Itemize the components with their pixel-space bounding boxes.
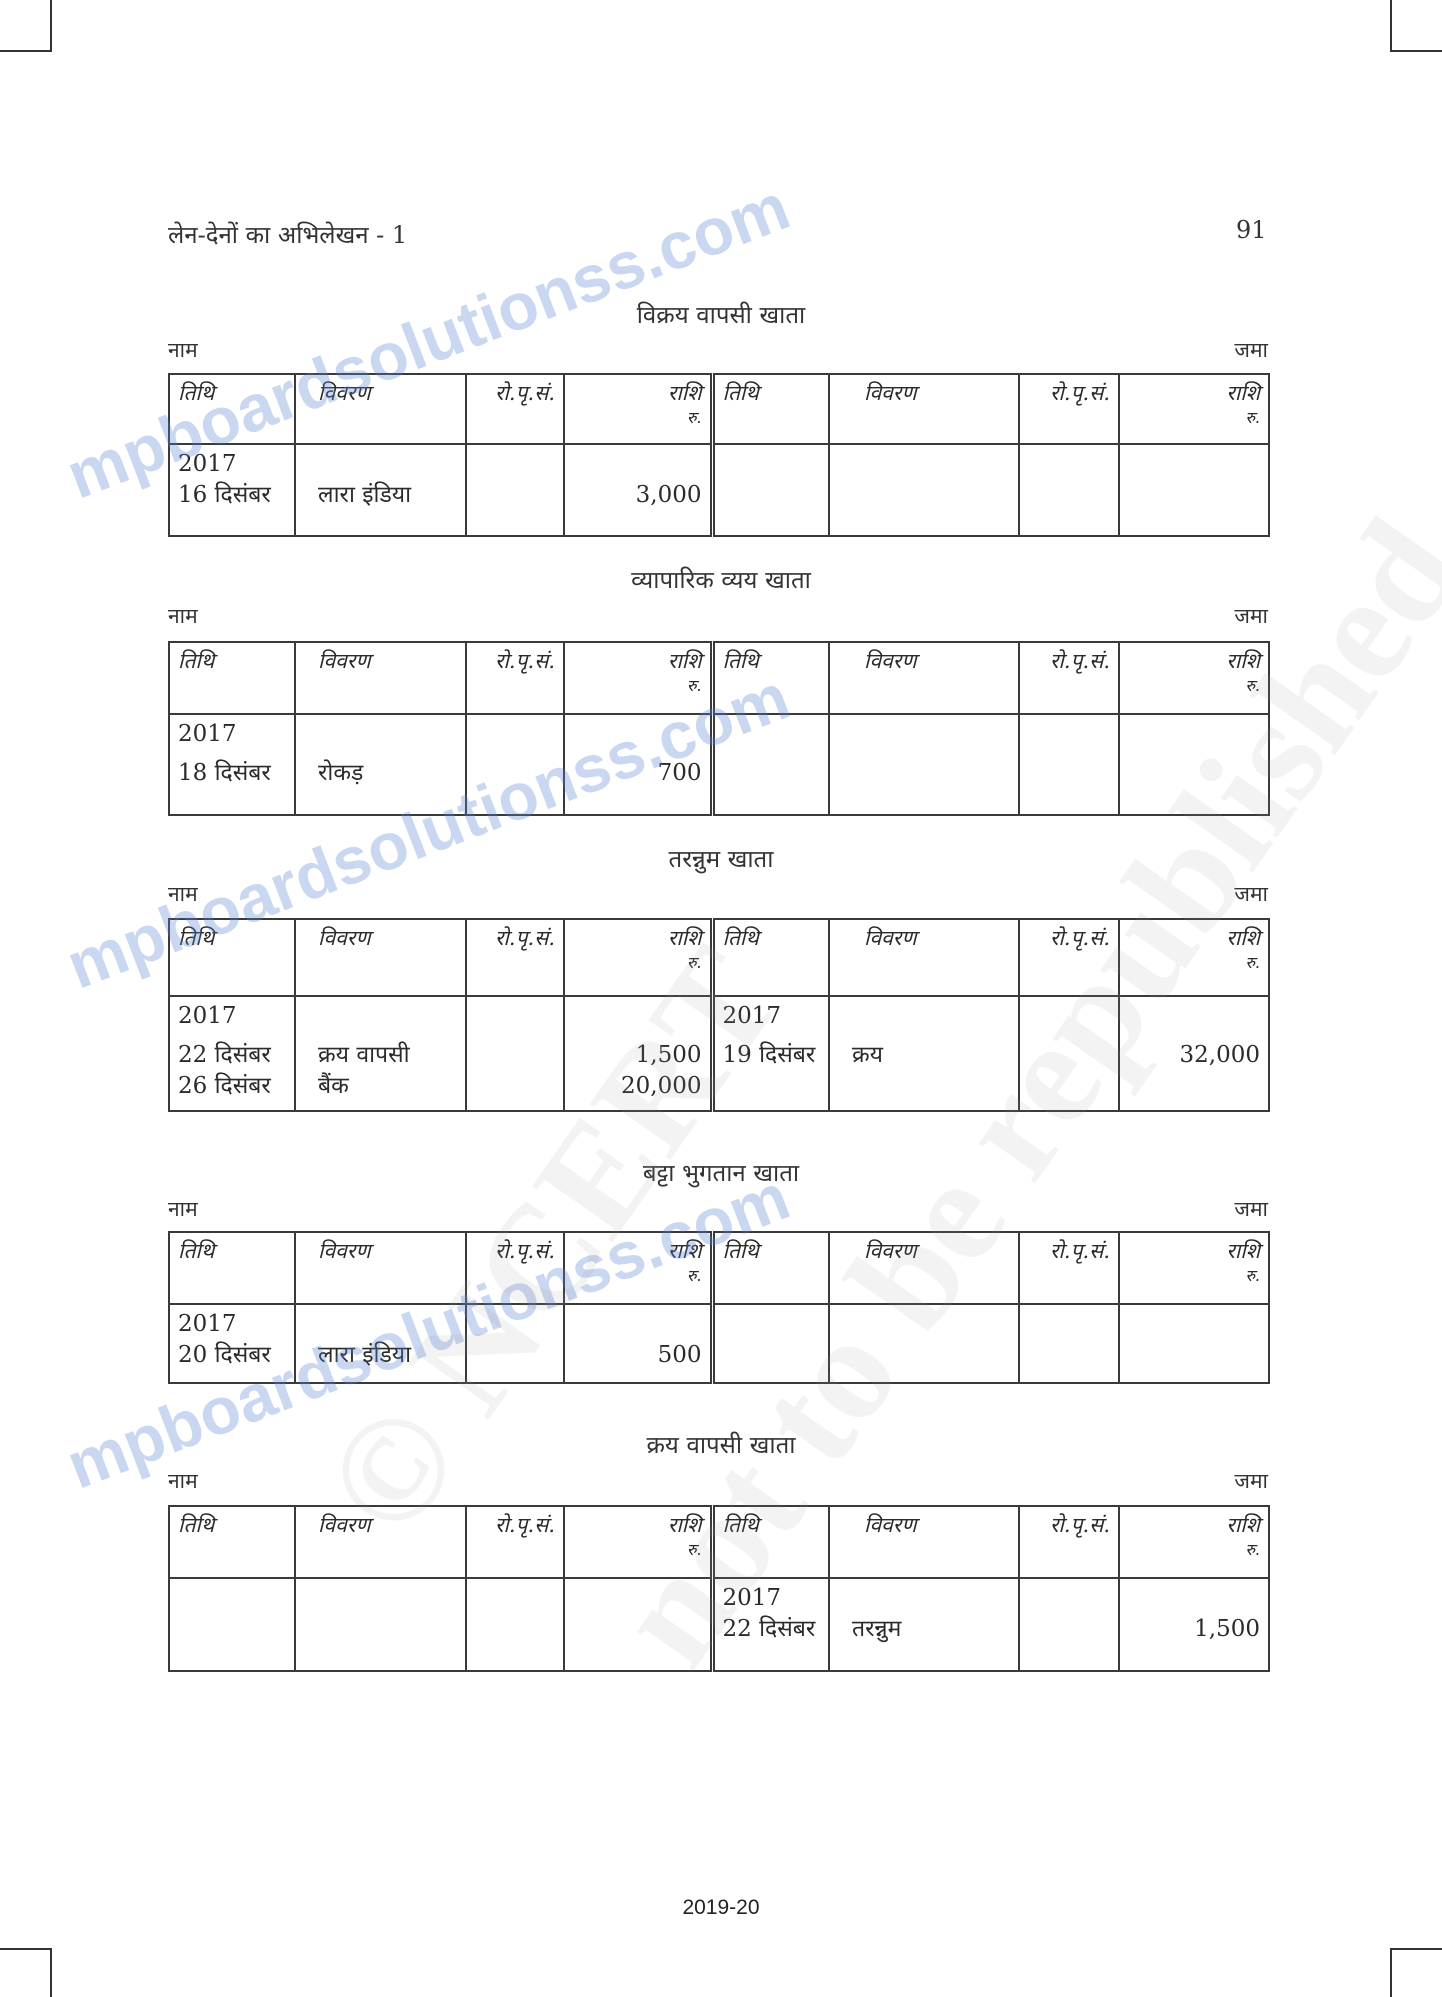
col-date-label: तिथि [178, 926, 214, 950]
col-particulars-label: विवरण [864, 649, 917, 673]
col-date-header: तिथि [169, 919, 295, 996]
debit-particulars-cell: क्रय वापसीबैंक [295, 996, 466, 1111]
debit-particulars-cell [295, 1578, 466, 1671]
col-amount-label: राशि [1226, 381, 1260, 405]
credit-date-cell: 201722 दिसंबर [712, 1578, 829, 1671]
col-lf-label: रो.पृ.सं. [495, 1239, 555, 1263]
credit-amount-cell: 32,000 [1119, 996, 1269, 1111]
entry-date: 19 दिसंबर [723, 1040, 821, 1071]
entry-amount: 700 [573, 758, 702, 789]
col-amount-header: राशिरु. [564, 1506, 712, 1578]
col-lf-label: रो.पृ.सं. [495, 649, 555, 673]
credit-lf-cell [1019, 1578, 1119, 1671]
col-lf-header: रो.पृ.सं. [1019, 1506, 1119, 1578]
credit-particulars-cell: क्रय [829, 996, 1019, 1111]
ledger-header-row: तिथिविवरणरो.पृ.सं.राशिरु.तिथिविवरणरो.पृ.… [169, 1232, 1269, 1304]
col-date-header: तिथि [712, 1506, 829, 1578]
debit-date-cell [169, 1578, 295, 1671]
debit-date-cell: 201716 दिसंबर [169, 444, 295, 536]
ledger-header-row: तिथिविवरणरो.पृ.सं.राशिरु.तिथिविवरणरो.पृ.… [169, 642, 1269, 714]
entry-year: 2017 [178, 719, 286, 750]
credit-amount-cell: 1,500 [1119, 1578, 1269, 1671]
col-particulars-header: विवरण [829, 1506, 1019, 1578]
ledger-header-row: तिथिविवरणरो.पृ.सं.राशिरु.तिथिविवरणरो.पृ.… [169, 919, 1269, 996]
col-particulars-header: विवरण [295, 919, 466, 996]
col-amount-unit: रु. [573, 1539, 702, 1561]
credit-amount-cell [1119, 1304, 1269, 1383]
ledger-title: विक्रय वापसी खाता [0, 298, 1442, 331]
credit-label: जमा [1234, 1467, 1268, 1495]
credit-date-cell [712, 1304, 829, 1383]
col-lf-label: रो.पृ.सं. [495, 926, 555, 950]
ledger-table: तिथिविवरणरो.पृ.सं.राशिरु.तिथिविवरणरो.पृ.… [168, 641, 1270, 816]
entry-year: 2017 [723, 1583, 821, 1614]
col-amount-unit: रु. [573, 407, 702, 429]
col-date-header: तिथि [712, 919, 829, 996]
col-lf-header: रो.पृ.सं. [1019, 374, 1119, 444]
col-lf-label: रो.पृ.सं. [495, 381, 555, 405]
col-amount-label: राशि [668, 381, 702, 405]
credit-lf-cell [1019, 996, 1119, 1111]
col-date-header: तिथि [712, 1232, 829, 1304]
credit-amount-cell [1119, 714, 1269, 815]
col-date-label: तिथि [723, 1513, 759, 1537]
col-amount-unit: रु. [1128, 1265, 1260, 1287]
col-lf-label: रो.पृ.सं. [1050, 926, 1110, 950]
entry-date: 22 दिसंबर [178, 1040, 286, 1071]
debit-label: नाम [168, 602, 198, 630]
entry-amount: 20,000 [573, 1071, 702, 1102]
col-particulars-label: विवरण [318, 1513, 371, 1537]
entry-particulars: रोकड़ [304, 758, 457, 789]
debit-lf-cell [466, 1578, 564, 1671]
credit-particulars-cell [829, 1304, 1019, 1383]
col-amount-label: राशि [1226, 1239, 1260, 1263]
ledger-entry-row: 201716 दिसंबर लारा इंडिया 3,000 [169, 444, 1269, 536]
col-amount-unit: रु. [1128, 952, 1260, 974]
col-lf-header: रो.पृ.सं. [466, 1506, 564, 1578]
ledger-table: तिथिविवरणरो.पृ.सं.राशिरु.तिथिविवरणरो.पृ.… [168, 1505, 1270, 1672]
col-date-header: तिथि [169, 1232, 295, 1304]
running-head: लेन-देनों का अभिलेखन - 1 [168, 218, 407, 251]
col-particulars-header: विवरण [829, 919, 1019, 996]
debit-label: नाम [168, 1467, 198, 1495]
ledger-title: व्यापारिक व्यय खाता [0, 563, 1442, 596]
col-date-label: तिथि [178, 1513, 214, 1537]
debit-label: नाम [168, 336, 198, 364]
debit-date-cell: 201722 दिसंबर26 दिसंबर [169, 996, 295, 1111]
ledger-title: क्रय वापसी खाता [0, 1428, 1442, 1461]
col-lf-label: रो.पृ.सं. [1050, 381, 1110, 405]
credit-label: जमा [1234, 1195, 1268, 1223]
debit-amount-cell: 500 [564, 1304, 712, 1383]
col-date-label: तिथि [178, 1239, 214, 1263]
col-date-header: तिथि [169, 374, 295, 444]
credit-date-cell [712, 714, 829, 815]
entry-particulars: तरन्नुम [838, 1614, 1010, 1645]
entry-amount: 1,500 [1128, 1614, 1260, 1645]
crop-mark-bottom-left [0, 1948, 52, 1997]
col-particulars-label: विवरण [318, 649, 371, 673]
ledger-table: तिथिविवरणरो.पृ.सं.राशिरु.तिथिविवरणरो.पृ.… [168, 1231, 1270, 1384]
col-lf-header: रो.पृ.सं. [466, 919, 564, 996]
col-date-label: तिथि [723, 649, 759, 673]
entry-amount: 1,500 [573, 1040, 702, 1071]
credit-date-cell: 201719 दिसंबर [712, 996, 829, 1111]
credit-lf-cell [1019, 444, 1119, 536]
ledger-entry-row: 201722 दिसंबर26 दिसंबर क्रय वापसीबैंक 1,… [169, 996, 1269, 1111]
col-date-label: तिथि [178, 649, 214, 673]
col-particulars-label: विवरण [318, 926, 371, 950]
crop-mark-top-left [0, 0, 52, 52]
entry-particulars: लारा इंडिया [304, 1340, 457, 1371]
debit-particulars-cell: लारा इंडिया [295, 444, 466, 536]
col-amount-header: राशिरु. [564, 1232, 712, 1304]
entry-particulars: लारा इंडिया [304, 480, 457, 511]
credit-amount-cell [1119, 444, 1269, 536]
col-date-label: तिथि [723, 381, 759, 405]
entry-amount: 32,000 [1128, 1040, 1260, 1071]
col-amount-unit: रु. [1128, 675, 1260, 697]
col-amount-unit: रु. [1128, 1539, 1260, 1561]
debit-label: नाम [168, 880, 198, 908]
col-lf-label: रो.पृ.सं. [495, 1513, 555, 1537]
col-amount-label: राशि [668, 926, 702, 950]
credit-particulars-cell: तरन्नुम [829, 1578, 1019, 1671]
col-particulars-header: विवरण [295, 642, 466, 714]
credit-date-cell [712, 444, 829, 536]
col-date-header: तिथि [169, 642, 295, 714]
credit-label: जमा [1234, 602, 1268, 630]
debit-amount-cell: 700 [564, 714, 712, 815]
col-particulars-label: विवरण [318, 381, 371, 405]
col-particulars-label: विवरण [864, 926, 917, 950]
ledger-title: बट्टा भुगतान खाता [0, 1156, 1442, 1189]
col-amount-header: राशिरु. [1119, 919, 1269, 996]
crop-mark-top-right [1390, 0, 1442, 52]
ledger-header-row: तिथिविवरणरो.पृ.सं.राशिरु.तिथिविवरणरो.पृ.… [169, 374, 1269, 444]
col-lf-header: रो.पृ.सं. [466, 1232, 564, 1304]
col-date-header: तिथि [169, 1506, 295, 1578]
page-number: 91 [1236, 216, 1267, 244]
ledger-table: तिथिविवरणरो.पृ.सं.राशिरु.तिथिविवरणरो.पृ.… [168, 918, 1270, 1112]
ledger-title: तरन्नुम खाता [0, 842, 1442, 875]
col-particulars-header: विवरण [295, 1232, 466, 1304]
crop-mark-bottom-right [1390, 1948, 1442, 1997]
debit-lf-cell [466, 996, 564, 1111]
col-particulars-label: विवरण [864, 381, 917, 405]
col-date-header: तिथि [712, 374, 829, 444]
credit-particulars-cell [829, 444, 1019, 536]
col-amount-label: राशि [668, 1239, 702, 1263]
col-particulars-header: विवरण [829, 1232, 1019, 1304]
entry-date: 20 दिसंबर [178, 1340, 286, 1371]
ledger-entry-row: 201720 दिसंबर लारा इंडिया 500 [169, 1304, 1269, 1383]
entry-date: 22 दिसंबर [723, 1614, 821, 1645]
col-lf-header: रो.पृ.सं. [1019, 919, 1119, 996]
credit-label: जमा [1234, 336, 1268, 364]
col-amount-header: राशिरु. [1119, 374, 1269, 444]
credit-particulars-cell [829, 714, 1019, 815]
col-amount-header: राशिरु. [564, 919, 712, 996]
credit-label: जमा [1234, 880, 1268, 908]
col-lf-label: रो.पृ.सं. [1050, 649, 1110, 673]
debit-label: नाम [168, 1195, 198, 1223]
debit-date-cell: 201720 दिसंबर [169, 1304, 295, 1383]
col-amount-unit: रु. [1128, 407, 1260, 429]
col-lf-header: रो.पृ.सं. [466, 374, 564, 444]
col-amount-header: राशिरु. [1119, 1232, 1269, 1304]
debit-amount-cell [564, 1578, 712, 1671]
col-amount-label: राशि [1226, 1513, 1260, 1537]
credit-lf-cell [1019, 1304, 1119, 1383]
entry-year: 2017 [178, 1001, 286, 1032]
col-particulars-label: विवरण [864, 1513, 917, 1537]
col-particulars-header: विवरण [829, 642, 1019, 714]
col-amount-unit: रु. [573, 1265, 702, 1287]
ledger-entry-row: 201718 दिसंबर रोकड़ 700 [169, 714, 1269, 815]
col-lf-header: रो.पृ.सं. [466, 642, 564, 714]
ledger-entry-row: 201722 दिसंबर तरन्नुम 1,500 [169, 1578, 1269, 1671]
entry-amount: 500 [573, 1340, 702, 1371]
col-particulars-label: विवरण [864, 1239, 917, 1263]
footer-year: 2019-20 [0, 1896, 1442, 1920]
col-amount-header: राशिरु. [1119, 642, 1269, 714]
entry-particulars: क्रय [838, 1040, 1010, 1071]
debit-date-cell: 201718 दिसंबर [169, 714, 295, 815]
debit-lf-cell [466, 1304, 564, 1383]
col-amount-header: राशिरु. [1119, 1506, 1269, 1578]
entry-amount: 3,000 [573, 480, 702, 511]
entry-year: 2017 [723, 1001, 821, 1032]
col-amount-label: राशि [1226, 926, 1260, 950]
col-amount-header: राशिरु. [564, 374, 712, 444]
col-amount-unit: रु. [573, 675, 702, 697]
entry-date: 16 दिसंबर [178, 480, 286, 511]
credit-lf-cell [1019, 714, 1119, 815]
col-lf-header: रो.पृ.सं. [1019, 642, 1119, 714]
debit-amount-cell: 3,000 [564, 444, 712, 536]
col-amount-unit: रु. [573, 952, 702, 974]
entry-date: 18 दिसंबर [178, 758, 286, 789]
entry-year: 2017 [178, 1309, 286, 1340]
col-date-label: तिथि [723, 1239, 759, 1263]
col-amount-label: राशि [668, 649, 702, 673]
col-lf-header: रो.पृ.सं. [1019, 1232, 1119, 1304]
col-amount-label: राशि [668, 1513, 702, 1537]
col-date-label: तिथि [723, 926, 759, 950]
entry-particulars: बैंक [304, 1071, 457, 1102]
debit-lf-cell [466, 444, 564, 536]
col-particulars-header: विवरण [295, 1506, 466, 1578]
col-date-label: तिथि [178, 381, 214, 405]
col-amount-header: राशिरु. [564, 642, 712, 714]
ledger-table: तिथिविवरणरो.पृ.सं.राशिरु.तिथिविवरणरो.पृ.… [168, 373, 1270, 537]
entry-date: 26 दिसंबर [178, 1071, 286, 1102]
debit-particulars-cell: लारा इंडिया [295, 1304, 466, 1383]
col-amount-label: राशि [1226, 649, 1260, 673]
entry-year: 2017 [178, 449, 286, 480]
col-particulars-header: विवरण [295, 374, 466, 444]
col-particulars-header: विवरण [829, 374, 1019, 444]
col-particulars-label: विवरण [318, 1239, 371, 1263]
entry-particulars: क्रय वापसी [304, 1040, 457, 1071]
debit-amount-cell: 1,50020,000 [564, 996, 712, 1111]
col-date-header: तिथि [712, 642, 829, 714]
ledger-header-row: तिथिविवरणरो.पृ.सं.राशिरु.तिथिविवरणरो.पृ.… [169, 1506, 1269, 1578]
debit-particulars-cell: रोकड़ [295, 714, 466, 815]
debit-lf-cell [466, 714, 564, 815]
col-lf-label: रो.पृ.सं. [1050, 1513, 1110, 1537]
col-lf-label: रो.पृ.सं. [1050, 1239, 1110, 1263]
